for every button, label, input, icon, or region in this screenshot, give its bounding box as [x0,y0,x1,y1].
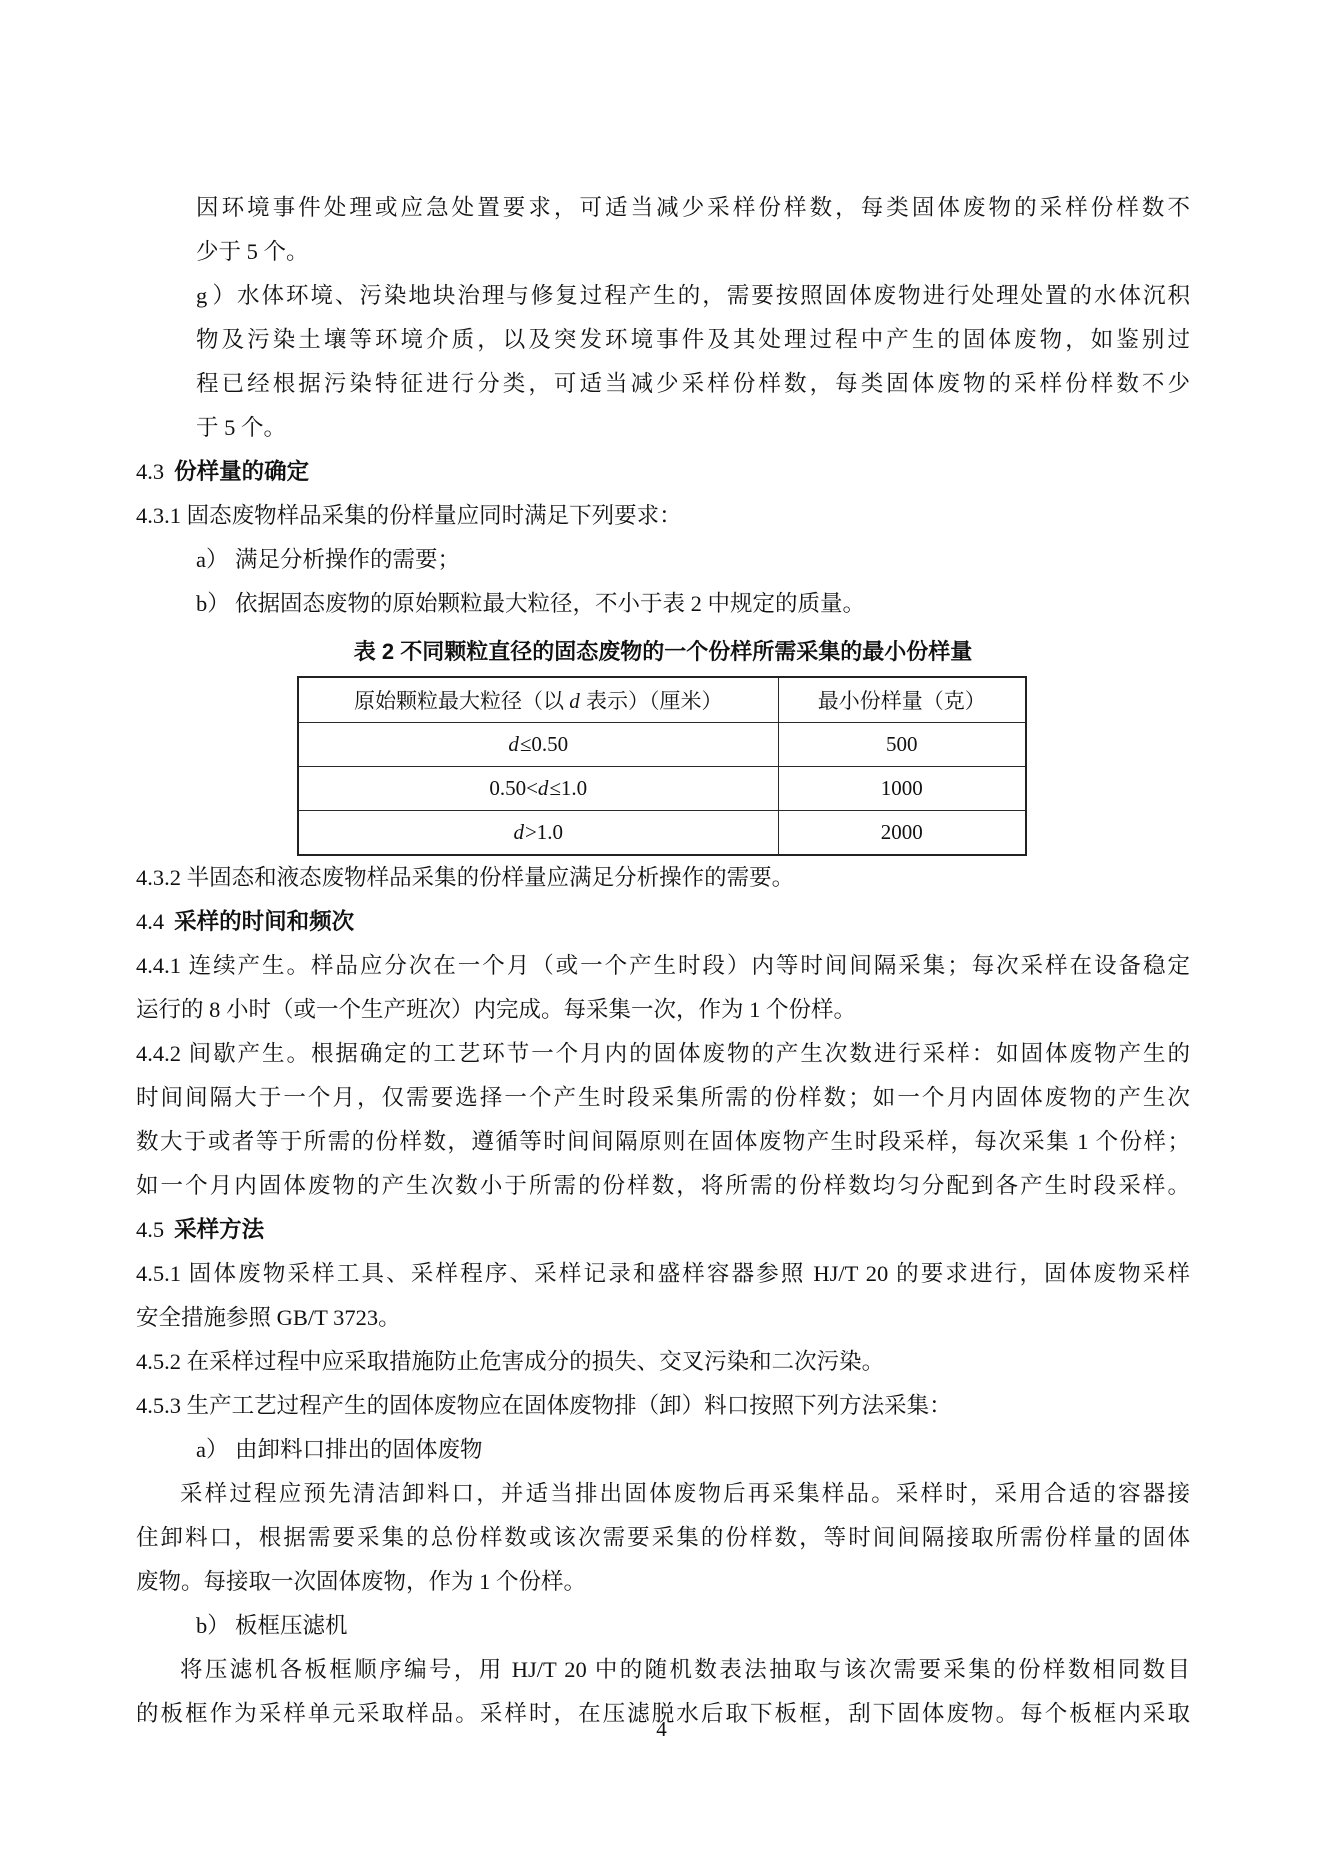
table-cell: d>1.0 [298,811,778,856]
text-line: 数大于或者等于所需的份样数，遵循等时间间隔原则在固体废物产生时段采样，每次采集 … [136,1120,1190,1164]
table-row: 0.50<d≤1.01000 [298,767,1026,811]
table-header-row: 原始颗粒最大粒径（以 d 表示）（厘米）最小份样量（克） [298,677,1026,723]
text-line: g）水体环境、污染地块治理与修复过程产生的，需要按照固体废物进行处理处置的水体沉… [136,274,1190,318]
table-cell: d≤0.50 [298,723,778,767]
text-line: 时间间隔大于一个月，仅需要选择一个产生时段采集所需的份样数；如一个月内固体废物的… [136,1076,1190,1120]
text-line: 4.3.1 固态废物样品采集的份样量应同时满足下列要求： [136,494,1190,538]
table-header-cell: 最小份样量（克） [778,677,1026,723]
text-line: 安全措施参照 GB/T 3723。 [136,1296,1190,1340]
table-cell: 2000 [778,811,1026,856]
text-line: 因环境事件处理或应急处置要求，可适当减少采样份样数，每类固体废物的采样份样数不 [136,186,1190,230]
page-footer: 4 [0,1712,1323,1746]
table-cell: 0.50<d≤1.0 [298,767,778,811]
document-page: 因环境事件处理或应急处置要求，可适当减少采样份样数，每类固体废物的采样份样数不少… [0,0,1323,1871]
variable-d: d [538,776,550,800]
text-line: 4.4.2 间歇产生。根据确定的工艺环节一个月内的固体废物的产生次数进行采样：如… [136,1032,1190,1076]
table-header-cell: 原始颗粒最大粒径（以 d 表示）（厘米） [298,677,778,723]
text-line: 于 5 个。 [136,406,1190,450]
table-row: d>1.02000 [298,811,1026,856]
text-line: 4.3.2 半固态和液态废物样品采集的份样量应满足分析操作的需要。 [136,856,1190,900]
text-line: 4.5.1 固体废物采样工具、采样程序、采样记录和盛样容器参照 HJ/T 20 … [136,1252,1190,1296]
table-cell: 500 [778,723,1026,767]
text-line: 采样过程应预先清洁卸料口，并适当排出固体废物后再采集样品。采样时，采用合适的容器… [136,1472,1190,1516]
section-number: 4.4 [136,909,164,934]
text-line: b）依据固态废物的原始颗粒最大粒径，不小于表 2 中规定的质量。 [136,582,1190,626]
text-line: 4.5.2 在采样过程中应采取措施防止危害成分的损失、交叉污染和二次污染。 [136,1340,1190,1384]
section-title: 采样的时间和频次 [174,909,354,934]
text-line: 住卸料口，根据需要采集的总份样数或该次需要采集的份样数，等时间间隔接取所需份样量… [136,1516,1190,1560]
text-line: 4.4.1 连续产生。样品应分次在一个月（或一个产生时段）内等时间间隔采集；每次… [136,944,1190,988]
table-row: d≤0.50500 [298,723,1026,767]
table-caption: 表 2 不同颗粒直径的固态废物的一个份样所需采集的最小份样量 [136,630,1190,674]
document-content: 因环境事件处理或应急处置要求，可适当减少采样份样数，每类固体废物的采样份样数不少… [136,186,1190,1736]
text-line: 运行的 8 小时（或一个生产班次）内完成。每采集一次，作为 1 个份样。 [136,988,1190,1032]
table-cell: 1000 [778,767,1026,811]
text-line: 废物。每接取一次固体废物，作为 1 个份样。 [136,1560,1190,1604]
section-heading: 4.5采样方法 [136,1208,1190,1252]
variable-d: d [508,732,520,756]
page-number: 4 [656,1717,667,1741]
text-line: 4.5.3 生产工艺过程产生的固体废物应在固体废物排（卸）料口按照下列方法采集： [136,1384,1190,1428]
variable-d: d [513,820,525,844]
section-number: 4.5 [136,1217,164,1242]
text-line: 如一个月内固体废物的产生次数小于所需的份样数，将所需的份样数均匀分配到各产生时段… [136,1164,1190,1208]
text-line: a）满足分析操作的需要； [136,538,1190,582]
text-line: 少于 5 个。 [136,230,1190,274]
list-item-marker: b） [196,1604,235,1648]
variable-d: d [569,689,581,713]
section-heading: 4.3份样量的确定 [136,450,1190,494]
section-title: 份样量的确定 [174,459,309,484]
section-title: 采样方法 [174,1217,264,1242]
text-line: 将压滤机各板框顺序编号，用 HJ/T 20 中的随机数表法抽取与该次需要采集的份… [136,1648,1190,1692]
min-portion-table: 原始颗粒最大粒径（以 d 表示）（厘米）最小份样量（克）d≤0.505000.5… [297,676,1027,856]
list-item-marker: a） [196,1428,235,1472]
list-item-marker: g） [196,274,235,318]
section-heading: 4.4采样的时间和频次 [136,900,1190,944]
list-item-marker: b） [196,582,235,626]
list-item-marker: a） [196,538,235,582]
text-line: 物及污染土壤等环境介质，以及突发环境事件及其处理过程中产生的固体废物，如鉴别过 [136,318,1190,362]
section-number: 4.3 [136,459,164,484]
text-line: 程已经根据污染特征进行分类，可适当减少采样份样数，每类固体废物的采样份样数不少 [136,362,1190,406]
text-line: b）板框压滤机 [136,1604,1190,1648]
text-line: a）由卸料口排出的固体废物 [136,1428,1190,1472]
